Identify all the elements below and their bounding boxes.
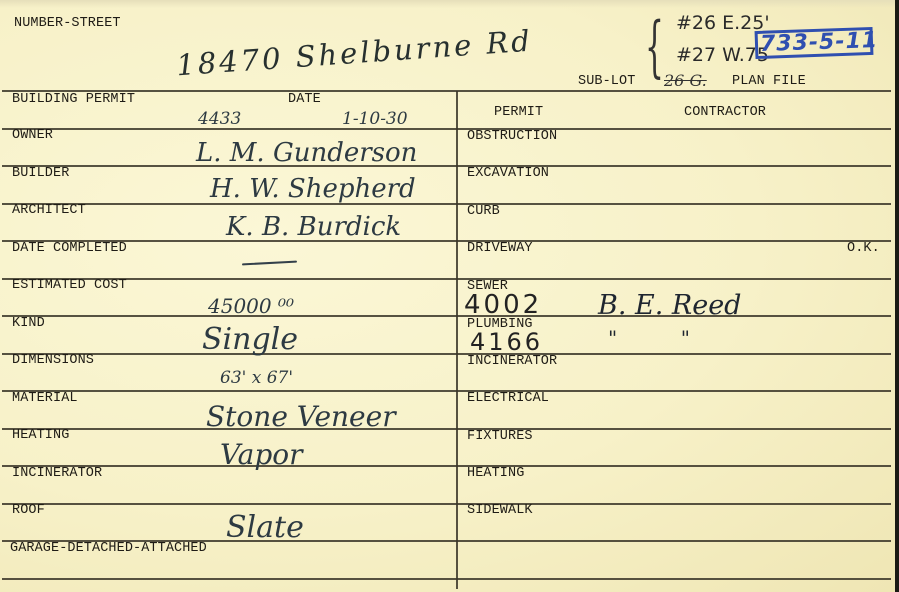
date-completed-dash bbox=[242, 261, 297, 266]
sidewalk-label: SIDEWALK bbox=[467, 503, 533, 518]
rule-line bbox=[2, 465, 891, 467]
plumbing-contractor-value: " " bbox=[608, 326, 690, 350]
column-divider bbox=[456, 91, 458, 589]
brace-icon: { bbox=[645, 14, 664, 80]
kind-label: KIND bbox=[12, 316, 45, 331]
rule-line bbox=[2, 203, 891, 205]
contractor-header: CONTRACTOR bbox=[684, 105, 766, 120]
rule-line bbox=[2, 428, 891, 430]
owner-value: L. M. Gunderson bbox=[196, 138, 417, 168]
architect-value: K. B. Burdick bbox=[226, 212, 401, 242]
rule-line bbox=[2, 503, 891, 505]
incinerator-permit-label: INCINERATOR bbox=[467, 354, 557, 369]
curb-label: CURB bbox=[467, 204, 500, 219]
rule-line bbox=[2, 165, 891, 167]
rule-line bbox=[2, 90, 891, 92]
dimensions-value: 63' x 67' bbox=[220, 368, 293, 388]
sewer-contractor-value: B. E. Reed bbox=[598, 290, 741, 321]
building-permit-label: BUILDING PERMIT bbox=[12, 92, 135, 107]
sub-lot-struck-value: 26 G. bbox=[664, 71, 707, 90]
builder-label: BUILDER bbox=[12, 166, 69, 181]
architect-label: ARCHITECT bbox=[12, 203, 86, 218]
plan-file-label: PLAN FILE bbox=[732, 74, 806, 89]
heating-value: Vapor bbox=[220, 438, 303, 471]
permit-header: PERMIT bbox=[494, 105, 543, 120]
fixtures-label: FIXTURES bbox=[467, 429, 533, 444]
owner-label: OWNER bbox=[12, 128, 53, 143]
excavation-label: EXCAVATION bbox=[467, 166, 549, 181]
builder-value: H. W. Shepherd bbox=[210, 174, 416, 204]
driveway-note: O.K. bbox=[847, 241, 880, 256]
sewer-permit-value: 4002 bbox=[464, 290, 542, 320]
date-value: 1-10-30 bbox=[342, 109, 408, 129]
roof-value: Slate bbox=[226, 510, 304, 545]
obstruction-label: OBSTRUCTION bbox=[467, 129, 557, 144]
estimated-cost-label: ESTIMATED COST bbox=[12, 278, 127, 293]
sub-lot-label: SUB-LOT bbox=[578, 74, 635, 89]
card-top-edge bbox=[0, 0, 895, 8]
rule-line bbox=[2, 278, 891, 280]
electrical-label: ELECTRICAL bbox=[467, 391, 549, 406]
plan-file-stamp: 733-5-11 bbox=[760, 28, 879, 57]
rule-line bbox=[2, 315, 891, 317]
date-label: DATE bbox=[288, 92, 321, 107]
dimensions-label: DIMENSIONS bbox=[12, 353, 94, 368]
rule-line bbox=[2, 240, 891, 242]
address-value: 18470 Shelburne Rd bbox=[175, 24, 534, 83]
roof-label: ROOF bbox=[12, 503, 45, 518]
material-value: Stone Veneer bbox=[206, 400, 396, 433]
garage-label: GARAGE-DETACHED-ATTACHED bbox=[10, 541, 207, 556]
building-permit-card: NUMBER-STREET 18470 Shelburne Rd { #26 E… bbox=[0, 0, 895, 592]
estimated-cost-value: 45000 ⁰⁰ bbox=[208, 294, 294, 318]
incinerator-label: INCINERATOR bbox=[12, 466, 102, 481]
kind-value: Single bbox=[202, 322, 298, 357]
driveway-label: DRIVEWAY bbox=[467, 241, 533, 256]
rule-line bbox=[2, 390, 891, 392]
rule-line bbox=[2, 578, 891, 580]
plumbing-permit-value: 4166 bbox=[470, 328, 543, 356]
heating-permit-label: HEATING bbox=[467, 466, 524, 481]
number-street-label: NUMBER-STREET bbox=[14, 16, 121, 31]
rule-line bbox=[2, 353, 891, 355]
date-completed-label: DATE COMPLETED bbox=[12, 241, 127, 256]
rule-line bbox=[2, 128, 891, 130]
heating-label: HEATING bbox=[12, 428, 69, 443]
building-permit-value: 4433 bbox=[198, 109, 241, 129]
material-label: MATERIAL bbox=[12, 391, 78, 406]
